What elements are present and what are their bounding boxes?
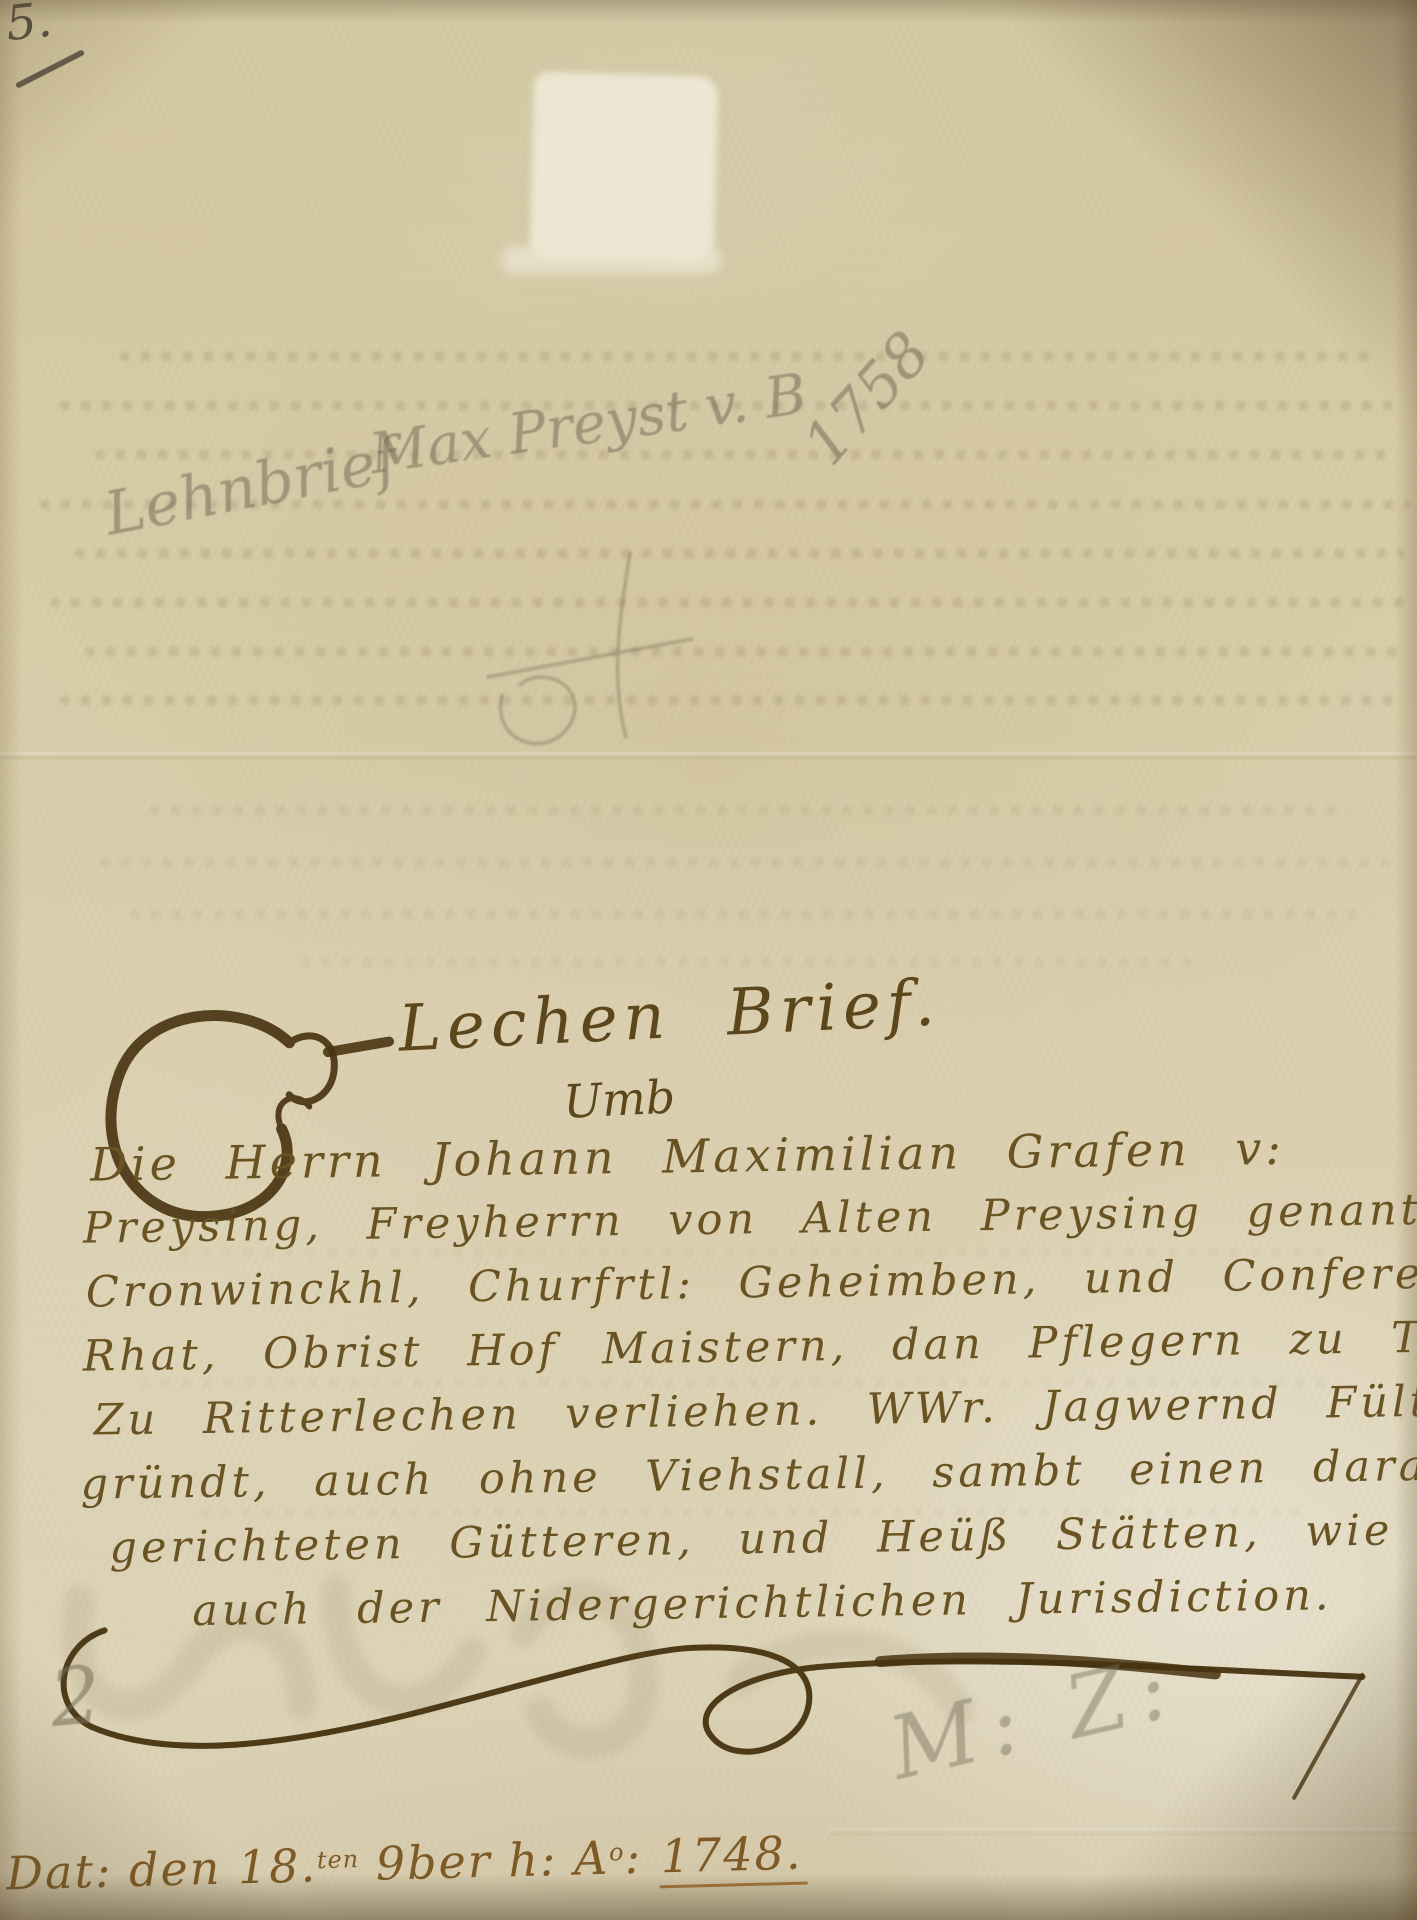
document-heading: Lechen Brief. <box>397 966 943 1066</box>
document-subheading: Umb <box>562 1069 676 1128</box>
page-mark: 2 <box>46 1648 105 1745</box>
body-line: Rhat, Obrist Hof Maistern, dan Pflegern … <box>82 1312 1417 1382</box>
manuscript-photo: 5. Lehnbrief Max Preyst v. B 1758 Lechen… <box>0 0 1417 1920</box>
date-month: 9ber h: A <box>358 1831 609 1892</box>
date-superscript: ten <box>317 1845 360 1874</box>
body-line: Cronwinckhl, Churfrtl: Geheimben, und Co… <box>86 1248 1417 1318</box>
date-prefix: Dat: den 18. <box>5 1838 317 1900</box>
date-superscript-anno: o <box>609 1838 625 1866</box>
body-line: Zu Ritterlechen verliehen. WWr. Jagwernd… <box>93 1376 1417 1446</box>
date-year: 1748. <box>658 1826 807 1889</box>
date-colon: : <box>624 1829 660 1884</box>
